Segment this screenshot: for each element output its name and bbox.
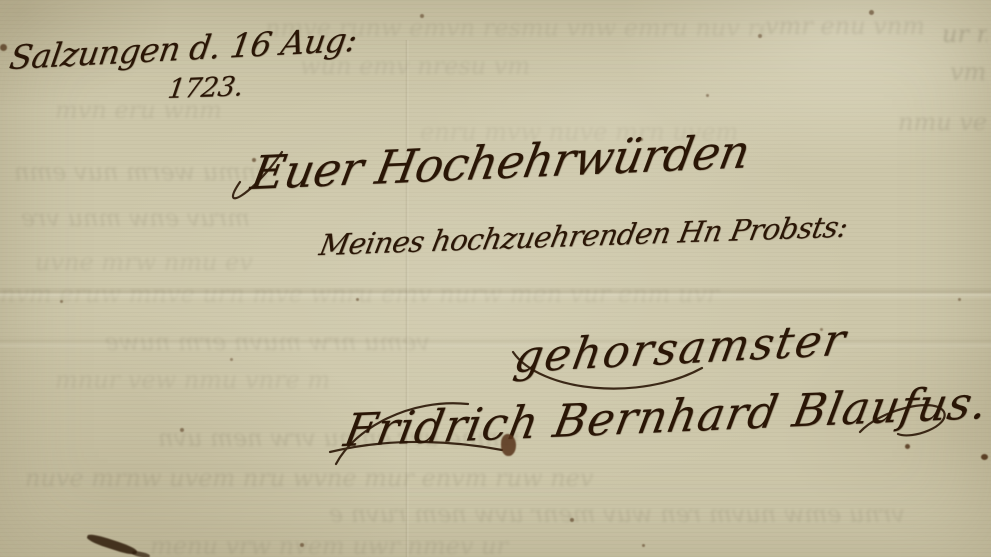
ink-speck [869,10,874,15]
fold-crease-horizontal [0,287,991,299]
flourish-overlay [0,0,991,557]
fold-crease-vertical [405,40,409,557]
dateline-year: 1723. [166,71,245,105]
ink-speck [640,138,643,141]
ink-speck [300,543,304,547]
ink-speck [60,300,63,303]
dateline: Salzungen d. 16 Aug: [7,20,360,78]
signature: Fridrich Bernhard Blaufus. [340,376,991,458]
bleed-through-line: vnmu werm nuv emn [0,158,270,186]
bleed-through-line: menu vrw nvem uwr nmev ur [150,532,800,557]
ink-speck [706,94,709,97]
ink-speck [905,444,910,449]
manuscript-page: nmve runw emvn resmu vnw emru nuv remn u… [0,0,991,557]
bleed-through-line: uvne mrw nmu ev [35,248,265,276]
ink-speck [958,298,961,301]
bleed-through-line: vm [950,58,988,86]
ink-speck [230,358,233,361]
bleed-through-line: mnur vew nmu vnre m [55,366,365,394]
bleed-through-line: ur n [942,20,987,48]
ink-speck [981,454,988,460]
bleed-through-line: nmu ve [898,108,986,136]
ink-speck [180,428,184,432]
honorific-line: Meines hochzuehrenden Hn Probsts: [317,209,851,262]
ink-speck [570,518,574,522]
valediction: gehorsamster [510,314,851,383]
ink-speck [0,44,7,51]
bleed-through-line: vrnu emw nuvm ren wuv menr uvw nem ruvn … [95,500,905,528]
bleed-through-line: nuve mrnw uvem nru wvne mur envm ruw nev [25,464,745,492]
ink-streak [86,532,138,557]
ink-speck [356,298,359,301]
ink-blot [501,434,516,456]
ink-speck [758,34,762,38]
ink-streak [132,550,151,557]
ink-speck [420,14,424,18]
ink-speck [642,544,645,547]
address-line: Euer Hochehrwürden [247,124,754,200]
bleed-through-line: vmr enu vnm [765,12,965,40]
bleed-through-line: mruv enw mnu vre [0,204,250,232]
ink-speck [820,328,823,331]
ink-speck [252,158,256,162]
